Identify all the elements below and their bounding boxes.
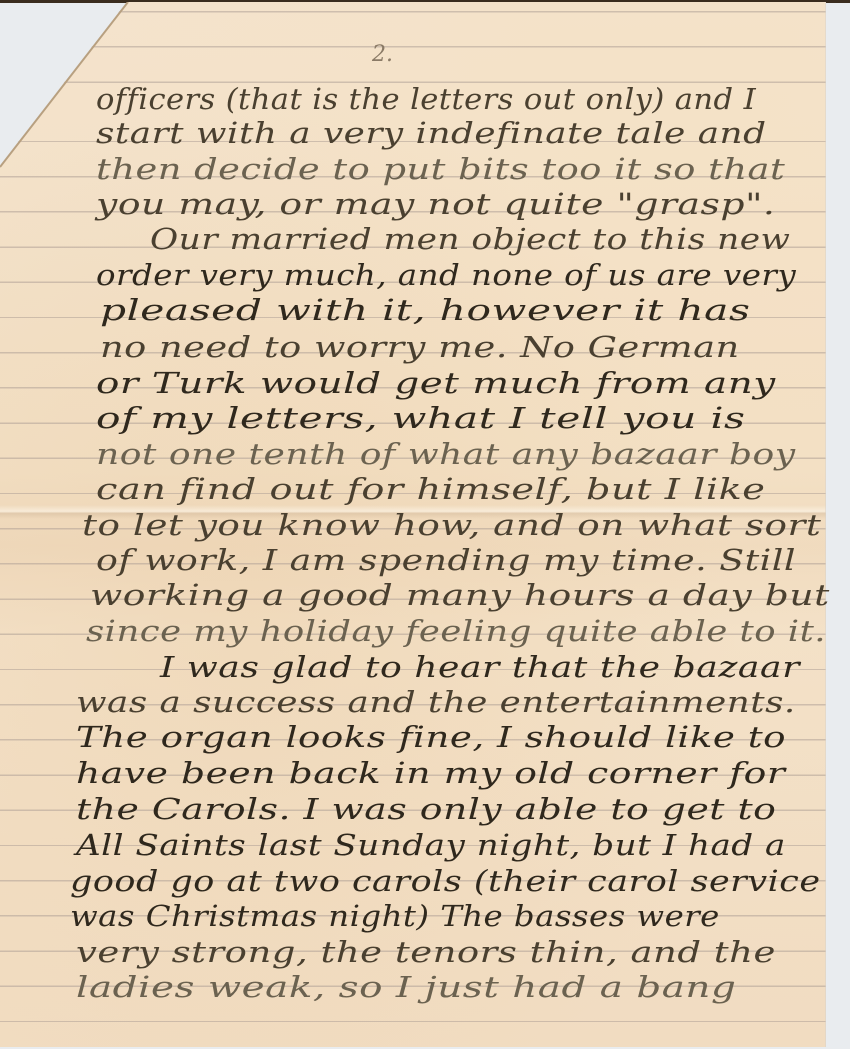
letter-line-17: I was glad to hear that the bazaar bbox=[160, 650, 800, 684]
letter-line-14: of work, I am spending my time. Still bbox=[96, 543, 796, 577]
letter-line-22: All Saints last Sunday night, but I had … bbox=[76, 828, 786, 862]
letter-line-7: pleased with it, however it has bbox=[100, 293, 750, 327]
letter-line-4: you may, or may not quite "grasp". bbox=[96, 187, 775, 221]
letter-line-8: no need to worry me. No German bbox=[100, 330, 740, 364]
letter-line-9: or Turk would get much from any bbox=[96, 366, 776, 400]
letter-line-24: was Christmas night) The basses were bbox=[70, 899, 720, 933]
letter-line-21: the Carols. I was only able to get to bbox=[76, 792, 776, 826]
letter-line-25: very strong, the tenors thin, and the bbox=[76, 935, 776, 969]
letter-line-15: working a good many hours a day but bbox=[90, 578, 830, 612]
letter-line-5: Our married men object to this new bbox=[150, 222, 790, 256]
letter-line-2: start with a very indefinate tale and bbox=[96, 116, 766, 150]
page-number: 2. bbox=[372, 42, 393, 67]
letter-line-19: The organ looks fine, I should like to bbox=[76, 720, 786, 754]
letter-line-6: order very much, and none of us are very bbox=[96, 258, 796, 292]
letter-line-26: ladies weak, so I just had a bang bbox=[76, 970, 736, 1004]
letter-line-18: was a success and the entertainments. bbox=[76, 685, 796, 719]
letter-line-16: since my holiday feeling quite able to i… bbox=[86, 614, 826, 648]
letter-line-1: officers (that is the letters out only) … bbox=[96, 82, 756, 116]
letter-line-23: good go at two carols (their carol servi… bbox=[70, 864, 821, 898]
letter-line-3: then decide to put bits too it so that bbox=[96, 152, 785, 186]
letter-line-10: of my letters, what I tell you is bbox=[96, 401, 746, 435]
letter-line-12: can find out for himself, but I like bbox=[96, 472, 765, 506]
letter-line-11: not one tenth of what any bazaar boy bbox=[96, 437, 796, 471]
letter-line-13: to let you know how, and on what sort bbox=[82, 508, 821, 542]
letter-line-20: have been back in my old corner for bbox=[76, 756, 785, 790]
